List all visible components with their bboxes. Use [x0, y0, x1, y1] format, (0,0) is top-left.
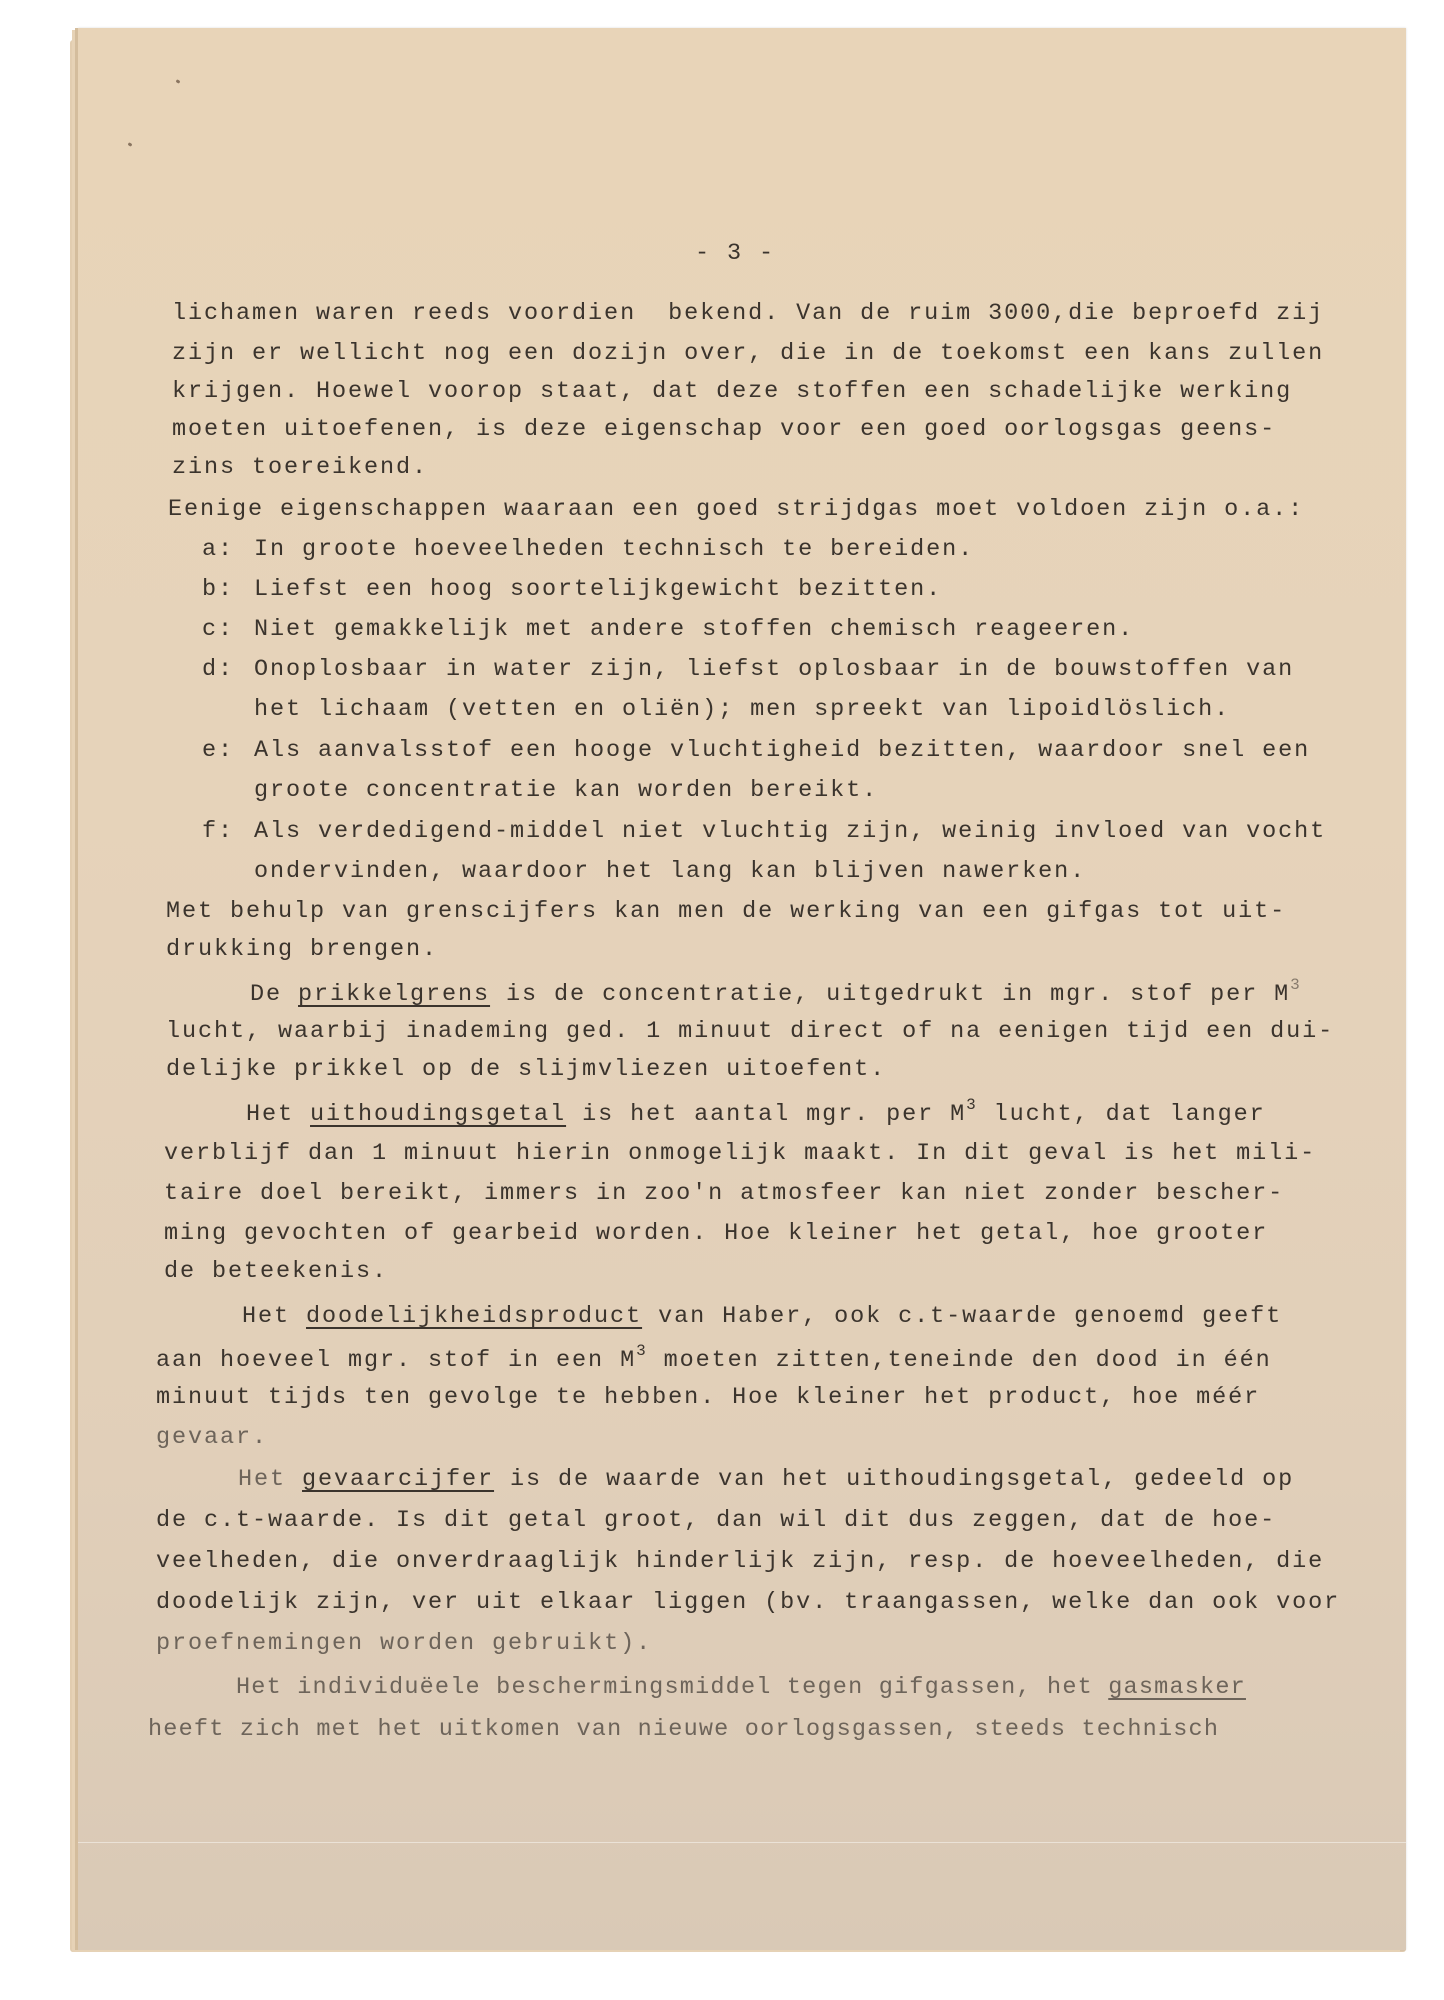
list-item-text: In groote hoeveelheden technisch te bere…: [254, 536, 974, 563]
list-item-text: het lichaam (vetten en oliën); men spree…: [254, 696, 1230, 723]
term-gevaarcijfer: gevaarcijfer: [302, 1466, 494, 1493]
superscript-3: 3: [636, 1342, 648, 1360]
body-line: de beteekenis.: [164, 1258, 388, 1285]
list-marker: d:: [202, 656, 234, 683]
body-line: minuut tijds ten gevolge te hebben. Hoe …: [156, 1384, 1260, 1411]
list-intro: Eenige eigenschappen waaraan een goed st…: [168, 496, 1304, 523]
body-line: veelheden, die onverdraaglijk hinderlijk…: [156, 1548, 1324, 1575]
list-item-text: Liefst een hoog soortelijkgewicht bezitt…: [254, 576, 942, 603]
term-doodelijkheidsproduct: doodelijkheidsproduct: [306, 1303, 642, 1330]
body-line: ming gevochten of gearbeid worden. Hoe k…: [164, 1220, 1268, 1247]
body-line: verblijf dan 1 minuut hierin onmogelijk …: [164, 1140, 1316, 1167]
gevaarcijfer-line-1: Het gevaarcijfer is de waarde van het ui…: [238, 1466, 1294, 1493]
body-line: delijke prikkel op de slijmvliezen uitoe…: [166, 1056, 886, 1083]
body-line: heeft zich met het uitkomen van nieuwe o…: [148, 1716, 1219, 1743]
body-line: doodelijk zijn, ver uit elkaar liggen (b…: [156, 1589, 1340, 1616]
list-item-text: ondervinden, waardoor het lang kan blijv…: [254, 858, 1086, 885]
prikkelgrens-line-1: De prikkelgrens is de concentratie, uitg…: [250, 978, 1302, 1008]
body-line: proefnemingen worden gebruikt).: [156, 1630, 652, 1657]
doodelijkheidsproduct-line-2: aan hoeveel mgr. stof in een M3 moeten z…: [156, 1344, 1272, 1374]
body-line: lichamen waren reeds voordien bekend. Va…: [172, 300, 1324, 327]
gasmasker-line-1: Het individuëele beschermingsmiddel tege…: [236, 1674, 1246, 1701]
list-item-text: Onoplosbaar in water zijn, liefst oplosb…: [254, 656, 1294, 683]
list-item-text: Als verdedigend-middel niet vluchtig zij…: [254, 818, 1326, 845]
list-item-text: Niet gemakkelijk met andere stoffen chem…: [254, 616, 1134, 643]
body-line: krijgen. Hoewel voorop staat, dat deze s…: [172, 378, 1292, 405]
list-marker: a:: [202, 536, 234, 563]
list-marker: e:: [202, 737, 234, 764]
superscript-3: 3: [966, 1096, 978, 1114]
document-body: - 3 - lichamen waren reeds voordien beke…: [0, 0, 1444, 2000]
body-line: Met behulp van grenscijfers kan men de w…: [166, 898, 1286, 925]
list-item-text: Als aanvalsstof een hooge vluchtigheid b…: [254, 737, 1310, 764]
page-number: - 3 -: [695, 240, 775, 267]
list-marker: b:: [202, 576, 234, 603]
body-line: drukking brengen.: [166, 936, 438, 963]
body-line: de c.t-waarde. Is dit getal groot, dan w…: [156, 1507, 1276, 1534]
superscript-3: 3: [1290, 976, 1302, 994]
term-gasmasker: gasmasker: [1108, 1674, 1246, 1701]
list-marker: c:: [202, 616, 234, 643]
body-line: moeten uitoefenen, is deze eigenschap vo…: [172, 416, 1276, 443]
doodelijkheidsproduct-line-1: Het doodelijkheidsproduct van Haber, ook…: [242, 1303, 1282, 1330]
list-item-text: groote concentratie kan worden bereikt.: [254, 777, 878, 804]
body-line: taire doel bereikt, immers in zoo'n atmo…: [164, 1180, 1284, 1207]
body-line: gevaar.: [156, 1424, 268, 1451]
body-line: lucht, waarbij inademing ged. 1 minuut d…: [166, 1018, 1334, 1045]
body-line: zins toereikend.: [172, 454, 428, 481]
term-uithoudingsgetal: uithoudingsgetal: [310, 1101, 566, 1128]
list-marker: f:: [202, 818, 234, 845]
term-prikkelgrens: prikkelgrens: [298, 981, 490, 1008]
uithoudingsgetal-line-1: Het uithoudingsgetal is het aantal mgr. …: [246, 1098, 1266, 1128]
body-line: zijn er wellicht nog een dozijn over, di…: [172, 340, 1324, 367]
